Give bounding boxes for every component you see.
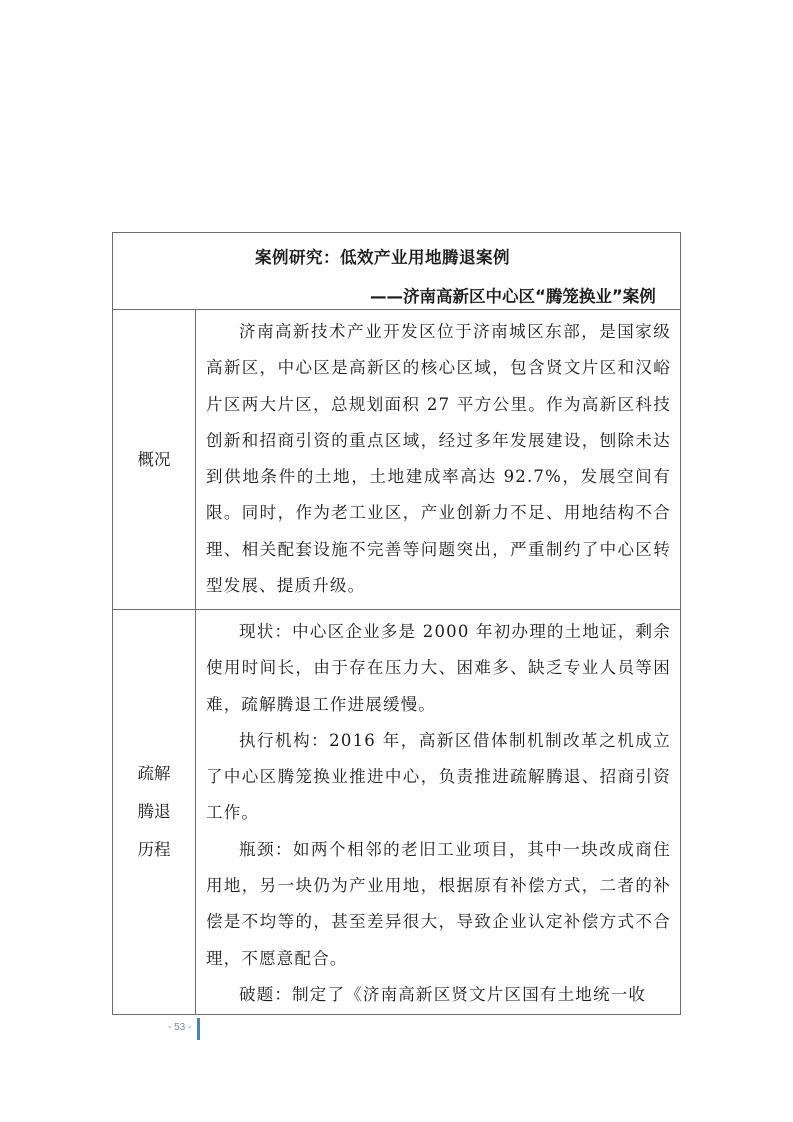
row-label-process: 疏解 腾退 历程: [113, 610, 196, 1015]
case-study-table: 概况 济南高新技术产业开发区位于济南城区东部，是国家级高新区，中心区是高新区的核…: [112, 232, 681, 1015]
page-number: - 53 -: [168, 1022, 191, 1033]
paragraph-bottleneck: 瓶颈：如两个相邻的老旧工业项目，其中一块改成商住用地，另一块仍为产业用地，根据原…: [206, 832, 671, 977]
row-label-overview: 概况: [113, 310, 196, 610]
row-label-text: 历程: [113, 831, 195, 869]
table-row-overview: 概况 济南高新技术产业开发区位于济南城区东部，是国家级高新区，中心区是高新区的核…: [113, 310, 681, 610]
row-label-text: 疏解: [113, 755, 195, 793]
row-label-text: 腾退: [113, 793, 195, 831]
paragraph-status: 现状：中心区企业多是 2000 年初办理的土地证，剩余使用时间长，由于存在压力大…: [206, 614, 671, 723]
paragraph-agency: 执行机构：2016 年，高新区借体制机制改革之机成立了中心区腾笼换业推进中心，负…: [206, 723, 671, 832]
row-content-process: 现状：中心区企业多是 2000 年初办理的土地证，剩余使用时间长，由于存在压力大…: [196, 610, 681, 1015]
row-content-overview: 济南高新技术产业开发区位于济南城区东部，是国家级高新区，中心区是高新区的核心区域…: [196, 310, 681, 610]
table-header-row: [113, 233, 681, 310]
row-label-text: 概况: [113, 441, 195, 479]
paragraph-solution: 破题：制定了《济南高新区贤文片区国有土地统一收: [206, 977, 671, 1013]
table-row-process: 疏解 腾退 历程 现状：中心区企业多是 2000 年初办理的土地证，剩余使用时间…: [113, 610, 681, 1015]
page-accent-bar: [197, 1018, 200, 1040]
paragraph: 济南高新技术产业开发区位于济南城区东部，是国家级高新区，中心区是高新区的核心区域…: [206, 314, 671, 604]
table-header-cell: [113, 233, 681, 310]
